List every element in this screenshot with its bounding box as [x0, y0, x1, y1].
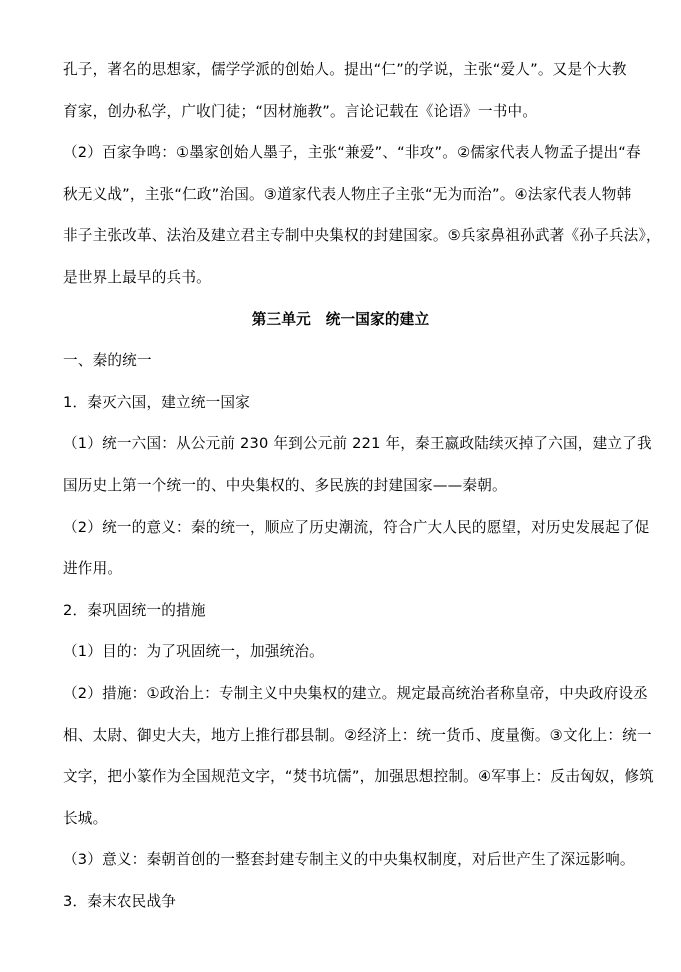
paragraph-line: 孔子，著名的思想家，儒学学派的创始人。提出“仁”的学说，主张“爱人”。又是个大教: [63, 49, 623, 91]
document-page: 孔子，著名的思想家，儒学学派的创始人。提出“仁”的学说，主张“爱人”。又是个大教…: [63, 49, 623, 922]
paragraph-line: 相、太尉、御史大夫，地方上推行郡县制。②经济上：统一货币、度量衡。③文化上：统一: [63, 715, 623, 757]
paragraph-line: 长城。: [63, 798, 623, 840]
subsection-title: 3．秦末农民战争: [63, 881, 623, 923]
paragraph-line: 育家，创办私学，广收门徒；“因材施教”。言论记载在《论语》一书中。: [63, 91, 623, 133]
paragraph-line: 文字，把小篆作为全国规范文字，“焚书坑儒”，加强思想控制。④军事上：反击匈奴，修…: [63, 756, 623, 798]
unit-heading: 第三单元 统一国家的建立: [63, 299, 618, 341]
paragraph-line: 国历史上第一个统一的、中央集权的、多民族的封建国家——秦朝。: [63, 465, 623, 507]
paragraph-line: 秋无义战”，主张“仁政”治国。③道家代表人物庄子主张“无为而治”。④法家代表人物…: [63, 174, 623, 216]
subsection-title: 2．秦巩固统一的措施: [63, 590, 623, 632]
paragraph-line: 是世界上最早的兵书。: [63, 257, 623, 299]
section-title: 一、秦的统一: [63, 340, 623, 382]
paragraph-line: 非子主张改革、法治及建立君主专制中央集权的封建国家。⑤兵家鼻祖孙武著《孙子兵法》…: [63, 215, 623, 257]
paragraph-line: （1）统一六国：从公元前 230 年到公元前 221 年，秦王嬴政陆续灭掉了六国…: [63, 423, 623, 465]
paragraph-line: （3）意义：秦朝首创的一整套封建专制主义的中央集权制度，对后世产生了深远影响。: [63, 839, 623, 881]
subsection-title: 1．秦灭六国，建立统一国家: [63, 382, 623, 424]
paragraph-line: （1）目的：为了巩固统一，加强统治。: [63, 631, 623, 673]
paragraph-line: （2）百家争鸣：①墨家创始人墨子，主张“兼爱”、“非攻”。②儒家代表人物孟子提出…: [63, 132, 623, 174]
paragraph-line: 进作用。: [63, 548, 623, 590]
paragraph-line: （2）措施：①政治上：专制主义中央集权的建立。规定最高统治者称皇帝，中央政府设丞: [63, 673, 623, 715]
paragraph-line: （2）统一的意义：秦的统一，顺应了历史潮流，符合广大人民的愿望，对历史发展起了促: [63, 507, 623, 549]
